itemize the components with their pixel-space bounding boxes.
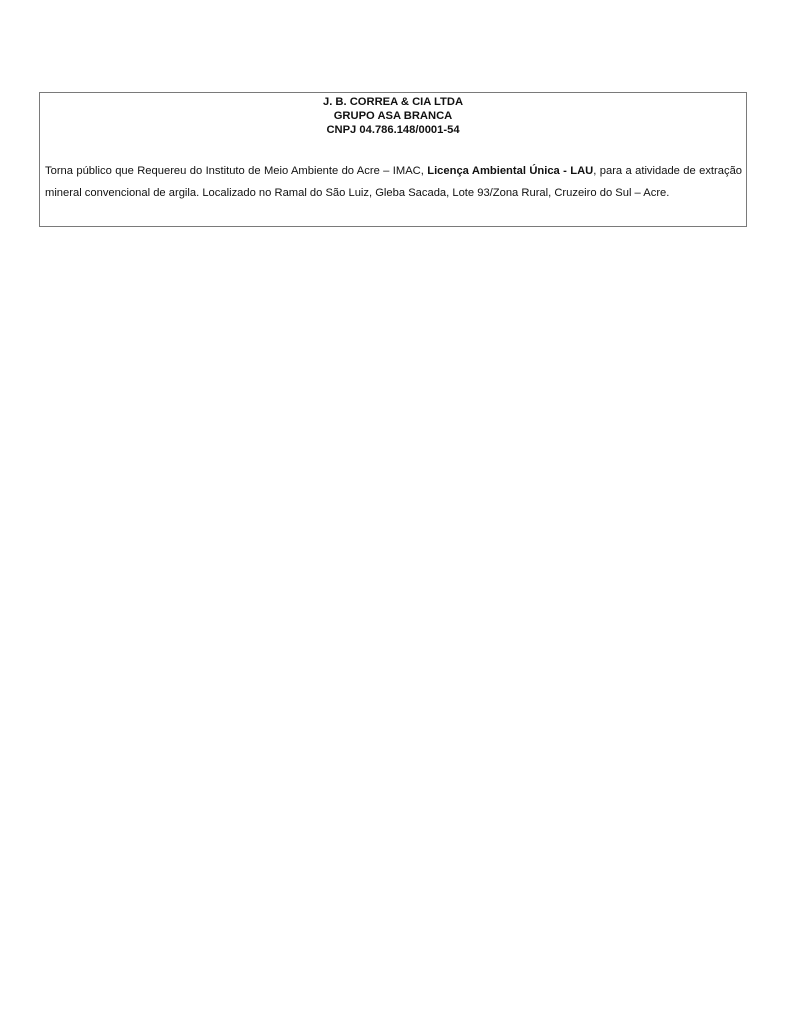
public-notice-box: J. B. CORREA & CIA LTDA GRUPO ASA BRANCA… (39, 92, 747, 227)
cnpj-number: CNPJ 04.786.148/0001-54 (40, 123, 746, 137)
notice-body: Torna público que Requereu do Instituto … (45, 160, 742, 204)
license-name: Licença Ambiental Única - LAU (427, 165, 593, 177)
company-name: J. B. CORREA & CIA LTDA (40, 95, 746, 109)
notice-body-intro: Torna público que Requereu do Instituto … (45, 165, 427, 177)
group-name: GRUPO ASA BRANCA (40, 109, 746, 123)
notice-header: J. B. CORREA & CIA LTDA GRUPO ASA BRANCA… (40, 93, 746, 137)
